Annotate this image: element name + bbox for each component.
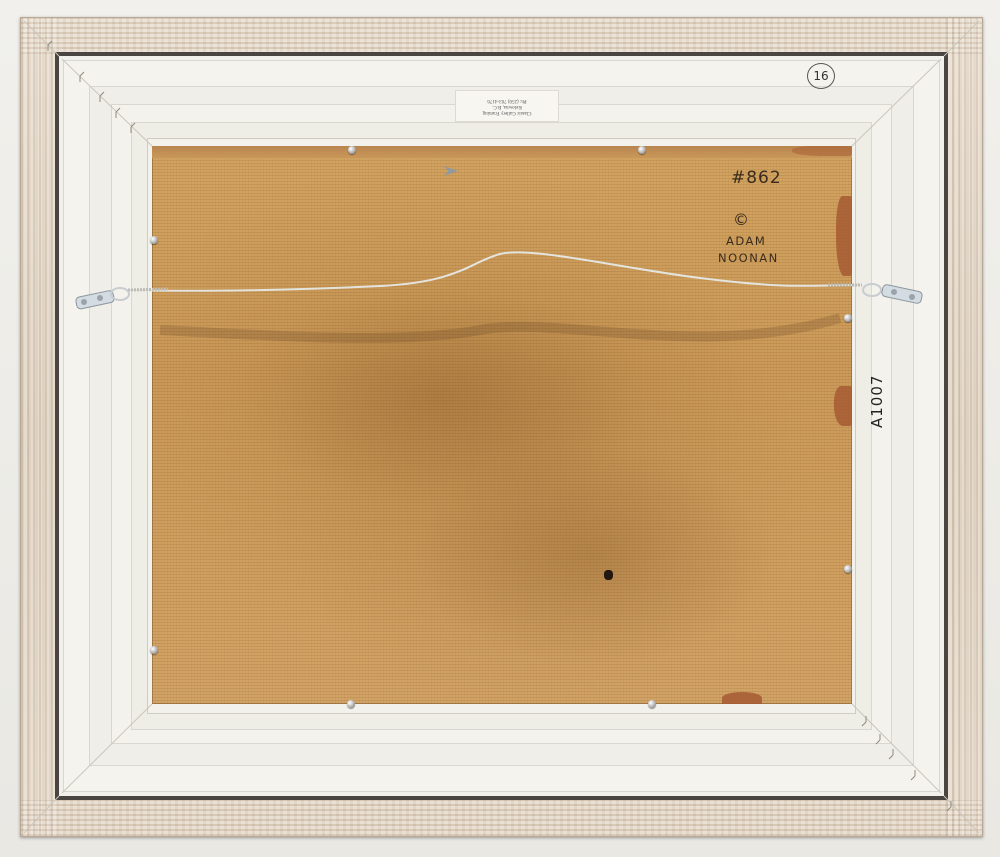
dark-spot [604,570,613,580]
catalog-number: #862 [731,168,782,188]
copyright-mark: © [733,210,750,229]
left-d-ring-hanger-icon [74,284,134,314]
gallery-label-line3: Ph: (250) 763-4176 [487,97,526,103]
right-d-ring-hanger-icon [860,280,926,310]
artist-last-name: NOONAN [718,251,779,265]
gallery-label-sticker: Classic Gallery Framing Kelowna, B.C. Ph… [455,90,559,122]
gallery-label-line1: Classic Gallery Framing [483,109,532,115]
hanging-wire [0,0,1000,857]
artist-first-name: ADAM [726,234,766,248]
gallery-label-line2: Kelowna, B.C. [492,103,522,109]
lot-number: A1007 [868,375,886,428]
circled-number: 16 [807,63,835,89]
